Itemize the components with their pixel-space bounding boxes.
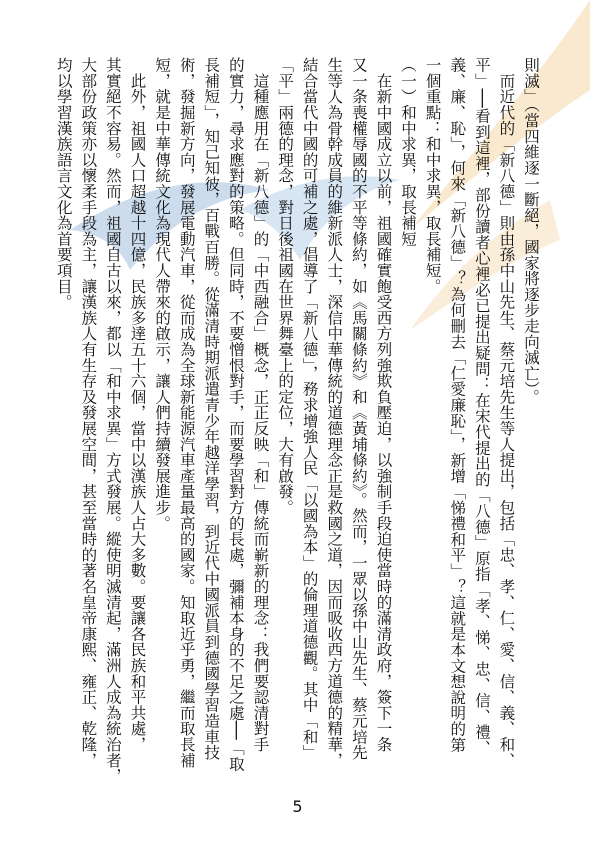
text-column: 「平」兩德的理念，對日後祖國在世界舞臺上的定位，大有啟發。 [272, 57, 297, 777]
document-page: 則滅」（當四維逐一斷絕，國家將逐步走向滅亡）。 而近代的「新八德」則由孫中山先生… [0, 0, 595, 842]
text-column: 短，就是中華傳統文化為現代人帶來的啟示，讓人們持續發展進步。 [150, 57, 175, 777]
text-column: 這種應用在「新八德」的「中西融合」概念，正正反映「和」傳統而嶄新的理念：我們要認… [248, 57, 273, 777]
text-column: 在新中國成立以前，祖國確實飽受西方列強欺負壓迫，以強制手段迫使當時的滿清政府，簽… [371, 57, 396, 777]
text-column: 平」──看到這裡，部份讀者心裡必已提出疑問：在宋代提出的「八德」原指「孝、悌、忠… [469, 57, 494, 777]
text-column: 的實力，尋求應對的策略。但同時，不要憎恨對手，而要學習對方的長處，彌補本身的不足… [223, 57, 248, 777]
text-column: 長補短」，知己知彼，百戰百勝。從滿清時期派遣青少年越洋學習，到近代中國派員到德國… [199, 57, 224, 777]
text-column: 一個重點：和中求異，取長補短。 [420, 57, 445, 777]
text-column: 結合當代中國的可補之處，倡導了「新八德」，務求增強人民「以國為本」的倫理道德觀。… [297, 57, 322, 777]
text-column: 則滅」（當四維逐一斷絕，國家將逐步走向滅亡）。 [518, 57, 543, 777]
text-column: 術，發掘新方向，發展電動汽車，從而成為全球新能源汽車產量最高的國家。知取近乎勇，… [174, 57, 199, 777]
text-column: 義、廉、恥」，何來「新八德」？為何刪去「仁愛廉恥」，新增「悌禮和平」？這就是本文… [445, 57, 470, 777]
vertical-text-body: 則滅」（當四維逐一斷絕，國家將逐步走向滅亡）。 而近代的「新八德」則由孫中山先生… [51, 57, 543, 777]
page-number: 5 [0, 797, 595, 816]
text-column: 其實絕不容易。然而，祖國自古以來，都以「和中求異」方式發展。縱使明滅清起，滿洲人… [100, 57, 125, 777]
text-column: 而近代的「新八德」則由孫中山先生、蔡元培先生等人提出，包括「忠、孝、仁、愛、信、… [494, 57, 519, 777]
text-column: 此外，祖國人口超越十四億，民族多達五十六個，當中以漢族人占大多數。要讓各民族和平… [125, 57, 150, 777]
text-column: 生等人為骨幹成員的維新派人士，深信中華傳統的道德理念正是救國之道，因而吸收西方道… [322, 57, 347, 777]
text-column: 大部份政策亦以懷柔手段為主，讓漢族人有生存及發展空間，甚至當時的著名皇帝康熙、雍… [76, 57, 101, 777]
text-column: 又一条喪權辱國的不平等條約，如《馬關條約》和《黃埔條約》。然而，一眾以孫中山先生… [346, 57, 371, 777]
text-column: 均以學習漢族語言文化為首要項目。 [51, 57, 76, 777]
section-heading: （一）和中求異，取長補短 [395, 57, 420, 777]
